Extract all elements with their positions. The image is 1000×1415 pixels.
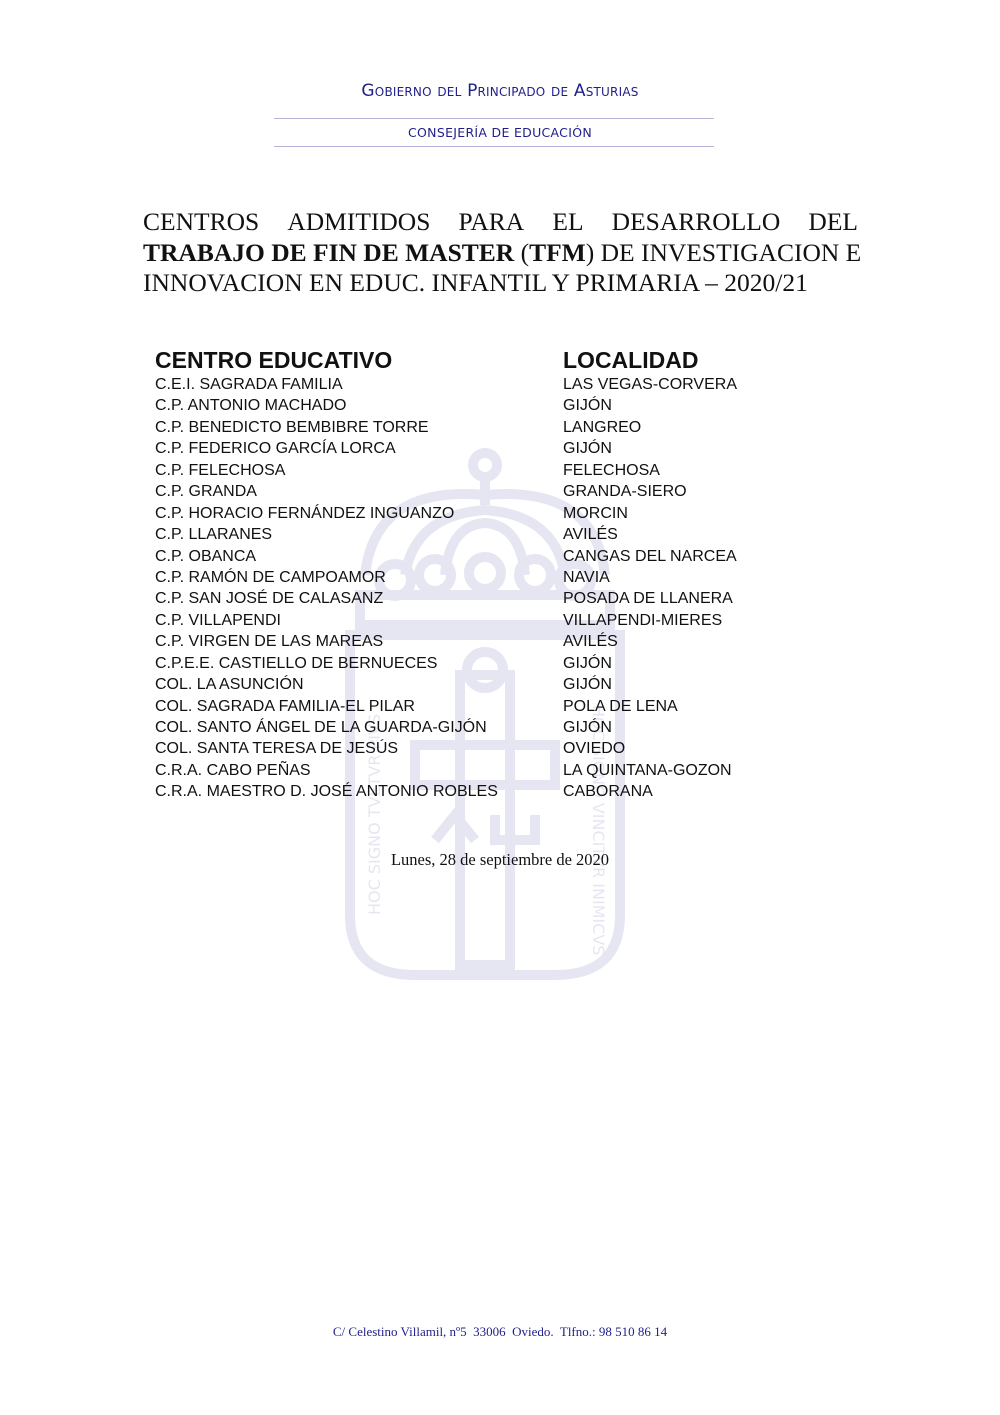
localidad-cell: GRANDA-SIERO — [563, 481, 795, 502]
centro-cell: C.P. BENEDICTO BEMBIBRE TORRE — [155, 417, 563, 438]
centro-cell: C.P. FELECHOSA — [155, 460, 563, 481]
table-row: COL. SAGRADA FAMILIA-EL PILARPOLA DE LEN… — [155, 696, 795, 717]
title-bold-phrase: TRABAJO DE FIN DE MASTER — [143, 238, 514, 267]
government-header: Gobierno del Principado de Asturias — [0, 81, 1000, 101]
table-row: C.P. GRANDAGRANDA-SIERO — [155, 481, 795, 502]
centro-cell: C.R.A. MAESTRO D. JOSÉ ANTONIO ROBLES — [155, 781, 563, 802]
department-header: CONSEJERÍA DE EDUCACIÓN — [0, 125, 1000, 140]
centro-cell: COL. LA ASUNCIÓN — [155, 674, 563, 695]
table-row: C.P. HORACIO FERNÁNDEZ INGUANZOMORCIN — [155, 503, 795, 524]
centro-cell: COL. SANTA TERESA DE JESÚS — [155, 738, 563, 759]
localidad-cell: LA QUINTANA-GOZON — [563, 760, 795, 781]
table-row: C.P. FEDERICO GARCÍA LORCAGIJÓN — [155, 438, 795, 459]
column-header-centro: CENTRO EDUCATIVO — [155, 346, 563, 374]
table-row: C.P. FELECHOSAFELECHOSA — [155, 460, 795, 481]
centro-cell: C.R.A. CABO PEÑAS — [155, 760, 563, 781]
table-row: C.P. SAN JOSÉ DE CALASANZPOSADA DE LLANE… — [155, 588, 795, 609]
footer-address: C/ Celestino Villamil, nº5 33006 Oviedo.… — [0, 1324, 1000, 1340]
title-word: PARA — [459, 207, 525, 238]
table-row: C.P. ANTONIO MACHADOGIJÓN — [155, 395, 795, 416]
title-line-3: INNOVACION EN EDUC. INFANTIL Y PRIMARIA … — [143, 268, 858, 299]
centro-cell: C.E.I. SAGRADA FAMILIA — [155, 374, 563, 395]
table-row: C.E.I. SAGRADA FAMILIALAS VEGAS-CORVERA — [155, 374, 795, 395]
table-row: C.P. VIRGEN DE LAS MAREASAVILÉS — [155, 631, 795, 652]
localidad-cell: CANGAS DEL NARCEA — [563, 546, 795, 567]
centro-cell: C.P. VIRGEN DE LAS MAREAS — [155, 631, 563, 652]
localidad-cell: MORCIN — [563, 503, 795, 524]
centro-cell: C.P.E.E. CASTIELLO DE BERNUECES — [155, 653, 563, 674]
header-rule-bottom — [274, 146, 714, 147]
header-rule-top — [274, 118, 714, 119]
localidad-cell: GIJÓN — [563, 717, 795, 738]
centro-cell: C.P. VILLAPENDI — [155, 610, 563, 631]
localidad-cell: AVILÉS — [563, 524, 795, 545]
localidad-cell: FELECHOSA — [563, 460, 795, 481]
localidad-cell: OVIEDO — [563, 738, 795, 759]
localidad-cell: GIJÓN — [563, 674, 795, 695]
title-line-1: CENTROSADMITIDOSPARAELDESARROLLODEL — [143, 207, 858, 238]
centro-cell: COL. SAGRADA FAMILIA-EL PILAR — [155, 696, 563, 717]
centro-cell: C.P. LLARANES — [155, 524, 563, 545]
centers-table: CENTRO EDUCATIVO LOCALIDAD C.E.I. SAGRAD… — [155, 346, 795, 803]
title-line-2: TRABAJO DE FIN DE MASTER (TFM) DE INVEST… — [143, 238, 858, 269]
localidad-cell: GIJÓN — [563, 653, 795, 674]
localidad-cell: CABORANA — [563, 781, 795, 802]
centro-cell: C.P. ANTONIO MACHADO — [155, 395, 563, 416]
title-bold-abbrev: TFM — [529, 238, 586, 267]
localidad-cell: POSADA DE LLANERA — [563, 588, 795, 609]
document-title: CENTROSADMITIDOSPARAELDESARROLLODEL TRAB… — [143, 207, 858, 299]
title-word: EL — [552, 207, 583, 238]
localidad-cell: GIJÓN — [563, 438, 795, 459]
document-page: Gobierno del Principado de Asturias CONS… — [0, 0, 1000, 1415]
title-word: DESARROLLO — [612, 207, 781, 238]
table-row: C.P. VILLAPENDIVILLAPENDI-MIERES — [155, 610, 795, 631]
column-header-localidad: LOCALIDAD — [563, 346, 795, 374]
localidad-cell: AVILÉS — [563, 631, 795, 652]
table-row: COL. SANTA TERESA DE JESÚSOVIEDO — [155, 738, 795, 759]
localidad-cell: LAS VEGAS-CORVERA — [563, 374, 795, 395]
table-row: COL. LA ASUNCIÓNGIJÓN — [155, 674, 795, 695]
centro-cell: C.P. HORACIO FERNÁNDEZ INGUANZO — [155, 503, 563, 524]
table-row: C.P. LLARANESAVILÉS — [155, 524, 795, 545]
title-word: DEL — [808, 207, 858, 238]
centro-cell: C.P. GRANDA — [155, 481, 563, 502]
table-row: C.P.E.E. CASTIELLO DE BERNUECESGIJÓN — [155, 653, 795, 674]
table-header-row: CENTRO EDUCATIVO LOCALIDAD — [155, 346, 795, 374]
centro-cell: C.P. SAN JOSÉ DE CALASANZ — [155, 588, 563, 609]
localidad-cell: GIJÓN — [563, 395, 795, 416]
localidad-cell: LANGREO — [563, 417, 795, 438]
centro-cell: COL. SANTO ÁNGEL DE LA GUARDA-GIJÓN — [155, 717, 563, 738]
centro-cell: C.P. OBANCA — [155, 546, 563, 567]
document-date: Lunes, 28 de septiembre de 2020 — [0, 850, 1000, 870]
localidad-cell: POLA DE LENA — [563, 696, 795, 717]
localidad-cell: NAVIA — [563, 567, 795, 588]
table-body: C.E.I. SAGRADA FAMILIALAS VEGAS-CORVERAC… — [155, 374, 795, 803]
table-row: C.R.A. MAESTRO D. JOSÉ ANTONIO ROBLESCAB… — [155, 781, 795, 802]
table-row: C.P. OBANCACANGAS DEL NARCEA — [155, 546, 795, 567]
centro-cell: C.P. RAMÓN DE CAMPOAMOR — [155, 567, 563, 588]
table-row: C.R.A. CABO PEÑASLA QUINTANA-GOZON — [155, 760, 795, 781]
table-row: COL. SANTO ÁNGEL DE LA GUARDA-GIJÓNGIJÓN — [155, 717, 795, 738]
title-word: ADMITIDOS — [287, 207, 430, 238]
table-row: C.P. BENEDICTO BEMBIBRE TORRELANGREO — [155, 417, 795, 438]
table-row: C.P. RAMÓN DE CAMPOAMORNAVIA — [155, 567, 795, 588]
centro-cell: C.P. FEDERICO GARCÍA LORCA — [155, 438, 563, 459]
localidad-cell: VILLAPENDI-MIERES — [563, 610, 795, 631]
title-word: CENTROS — [143, 207, 259, 238]
